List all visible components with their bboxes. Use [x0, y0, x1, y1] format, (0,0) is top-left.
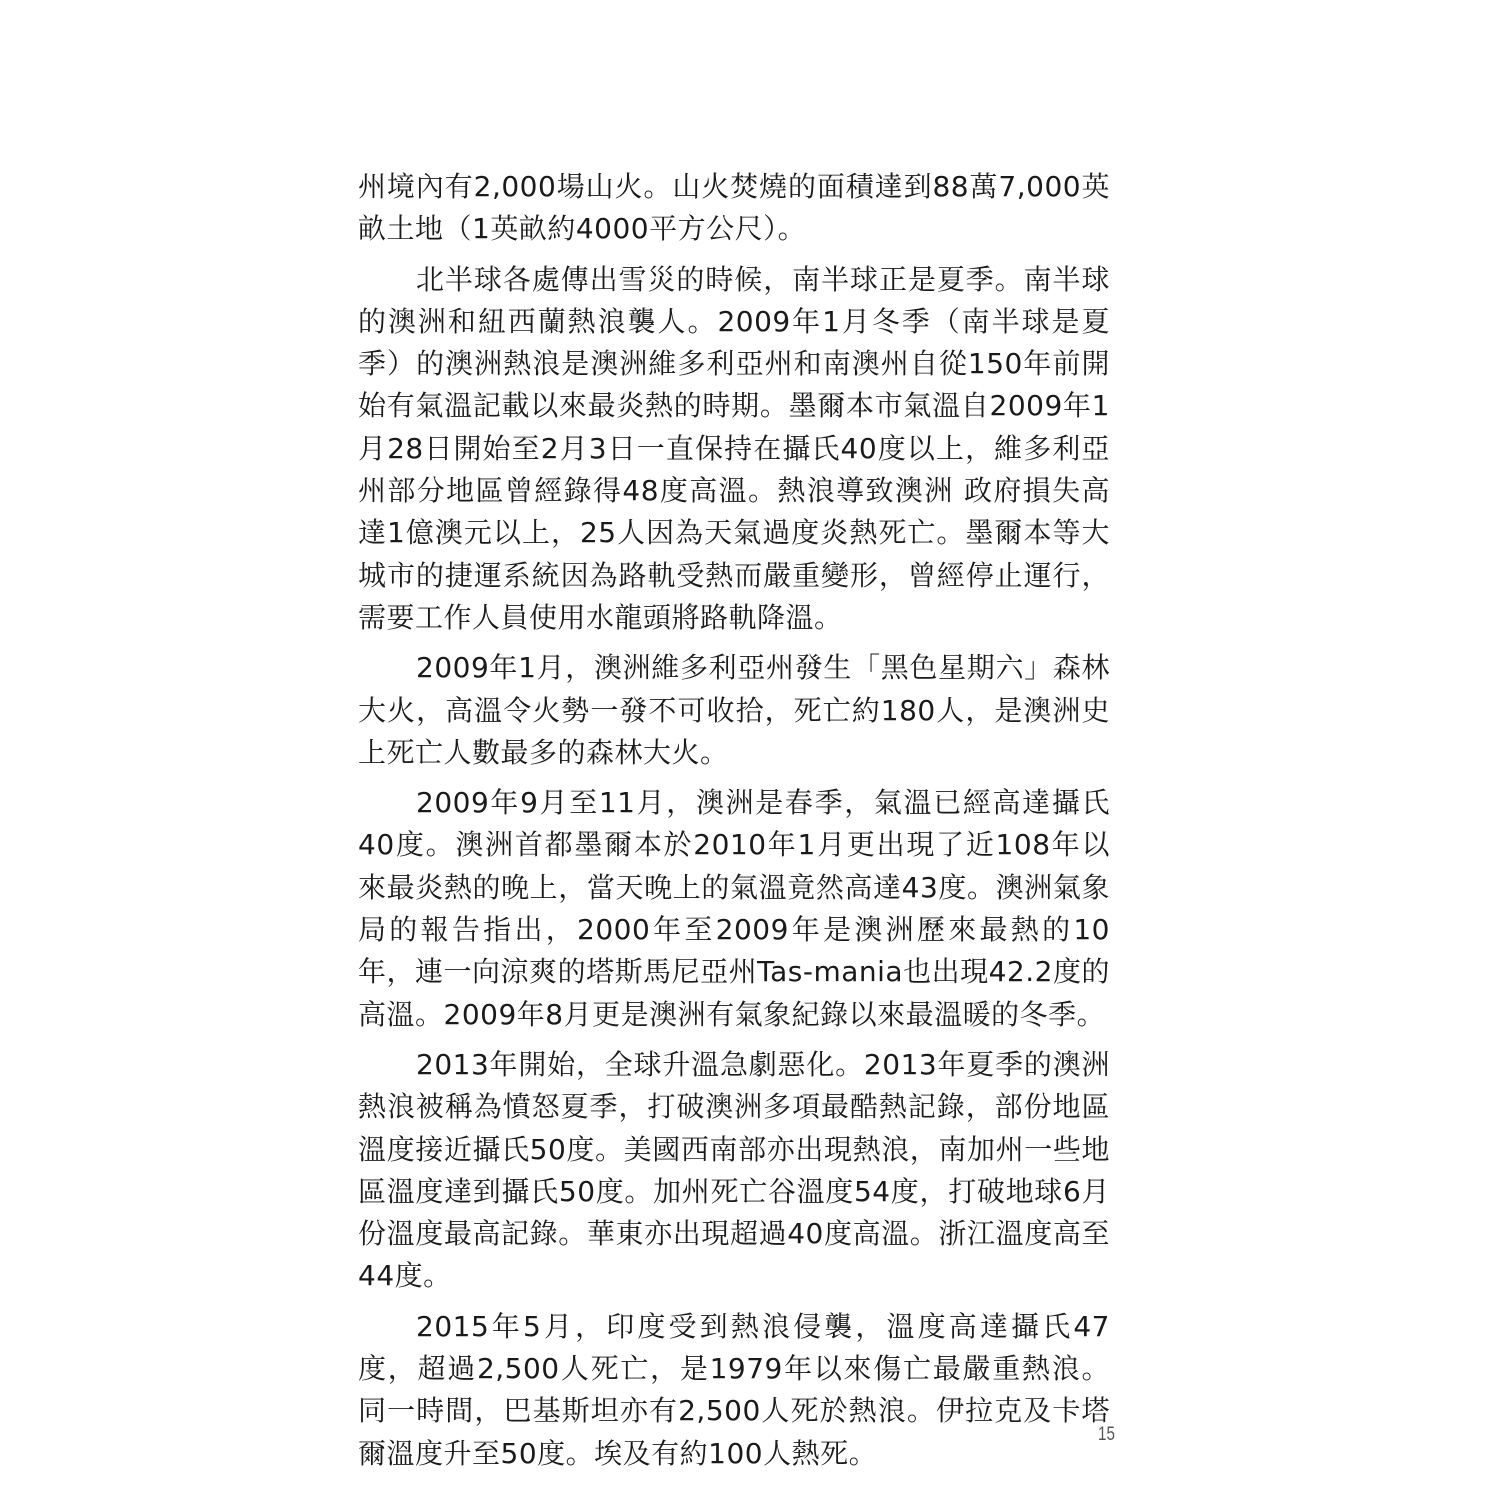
paragraph-northern-snow-southern-heat: 北半球各處傳出雪災的時候，南半球正是夏季。南半球的澳洲和紐西蘭熱浪襲人。2009… [358, 259, 1110, 640]
paragraph-continuation: 州境內有2,000場山火。山火焚燒的面積達到88萬7,000英畝土地（1英畝約4… [358, 166, 1110, 251]
paragraph-2013-warming: 2013年開始，全球升溫急劇惡化。2013年夏季的澳洲熱浪被稱為憤怒夏季，打破澳… [358, 1044, 1110, 1298]
page-number: 15 [1098, 1424, 1115, 1446]
paragraph-australia-spring-heat: 2009年9月至11月，澳洲是春季，氣溫已經高達攝氏40度。澳洲首都墨爾本於20… [358, 782, 1110, 1036]
paragraph-black-saturday-fire: 2009年1月，澳洲維多利亞州發生「黑色星期六」森林大火，高溫令火勢一發不可收拾… [358, 647, 1110, 774]
document-page: 州境內有2,000場山火。山火焚燒的面積達到88萬7,000英畝土地（1英畝約4… [0, 0, 1500, 1500]
paragraph-2015-india-heatwave: 2015年5月，印度受到熱浪侵襲，溫度高達攝氏47度，超過2,500人死亡，是1… [358, 1306, 1110, 1475]
body-text: 州境內有2,000場山火。山火焚燒的面積達到88萬7,000英畝土地（1英畝約4… [358, 166, 1110, 1483]
